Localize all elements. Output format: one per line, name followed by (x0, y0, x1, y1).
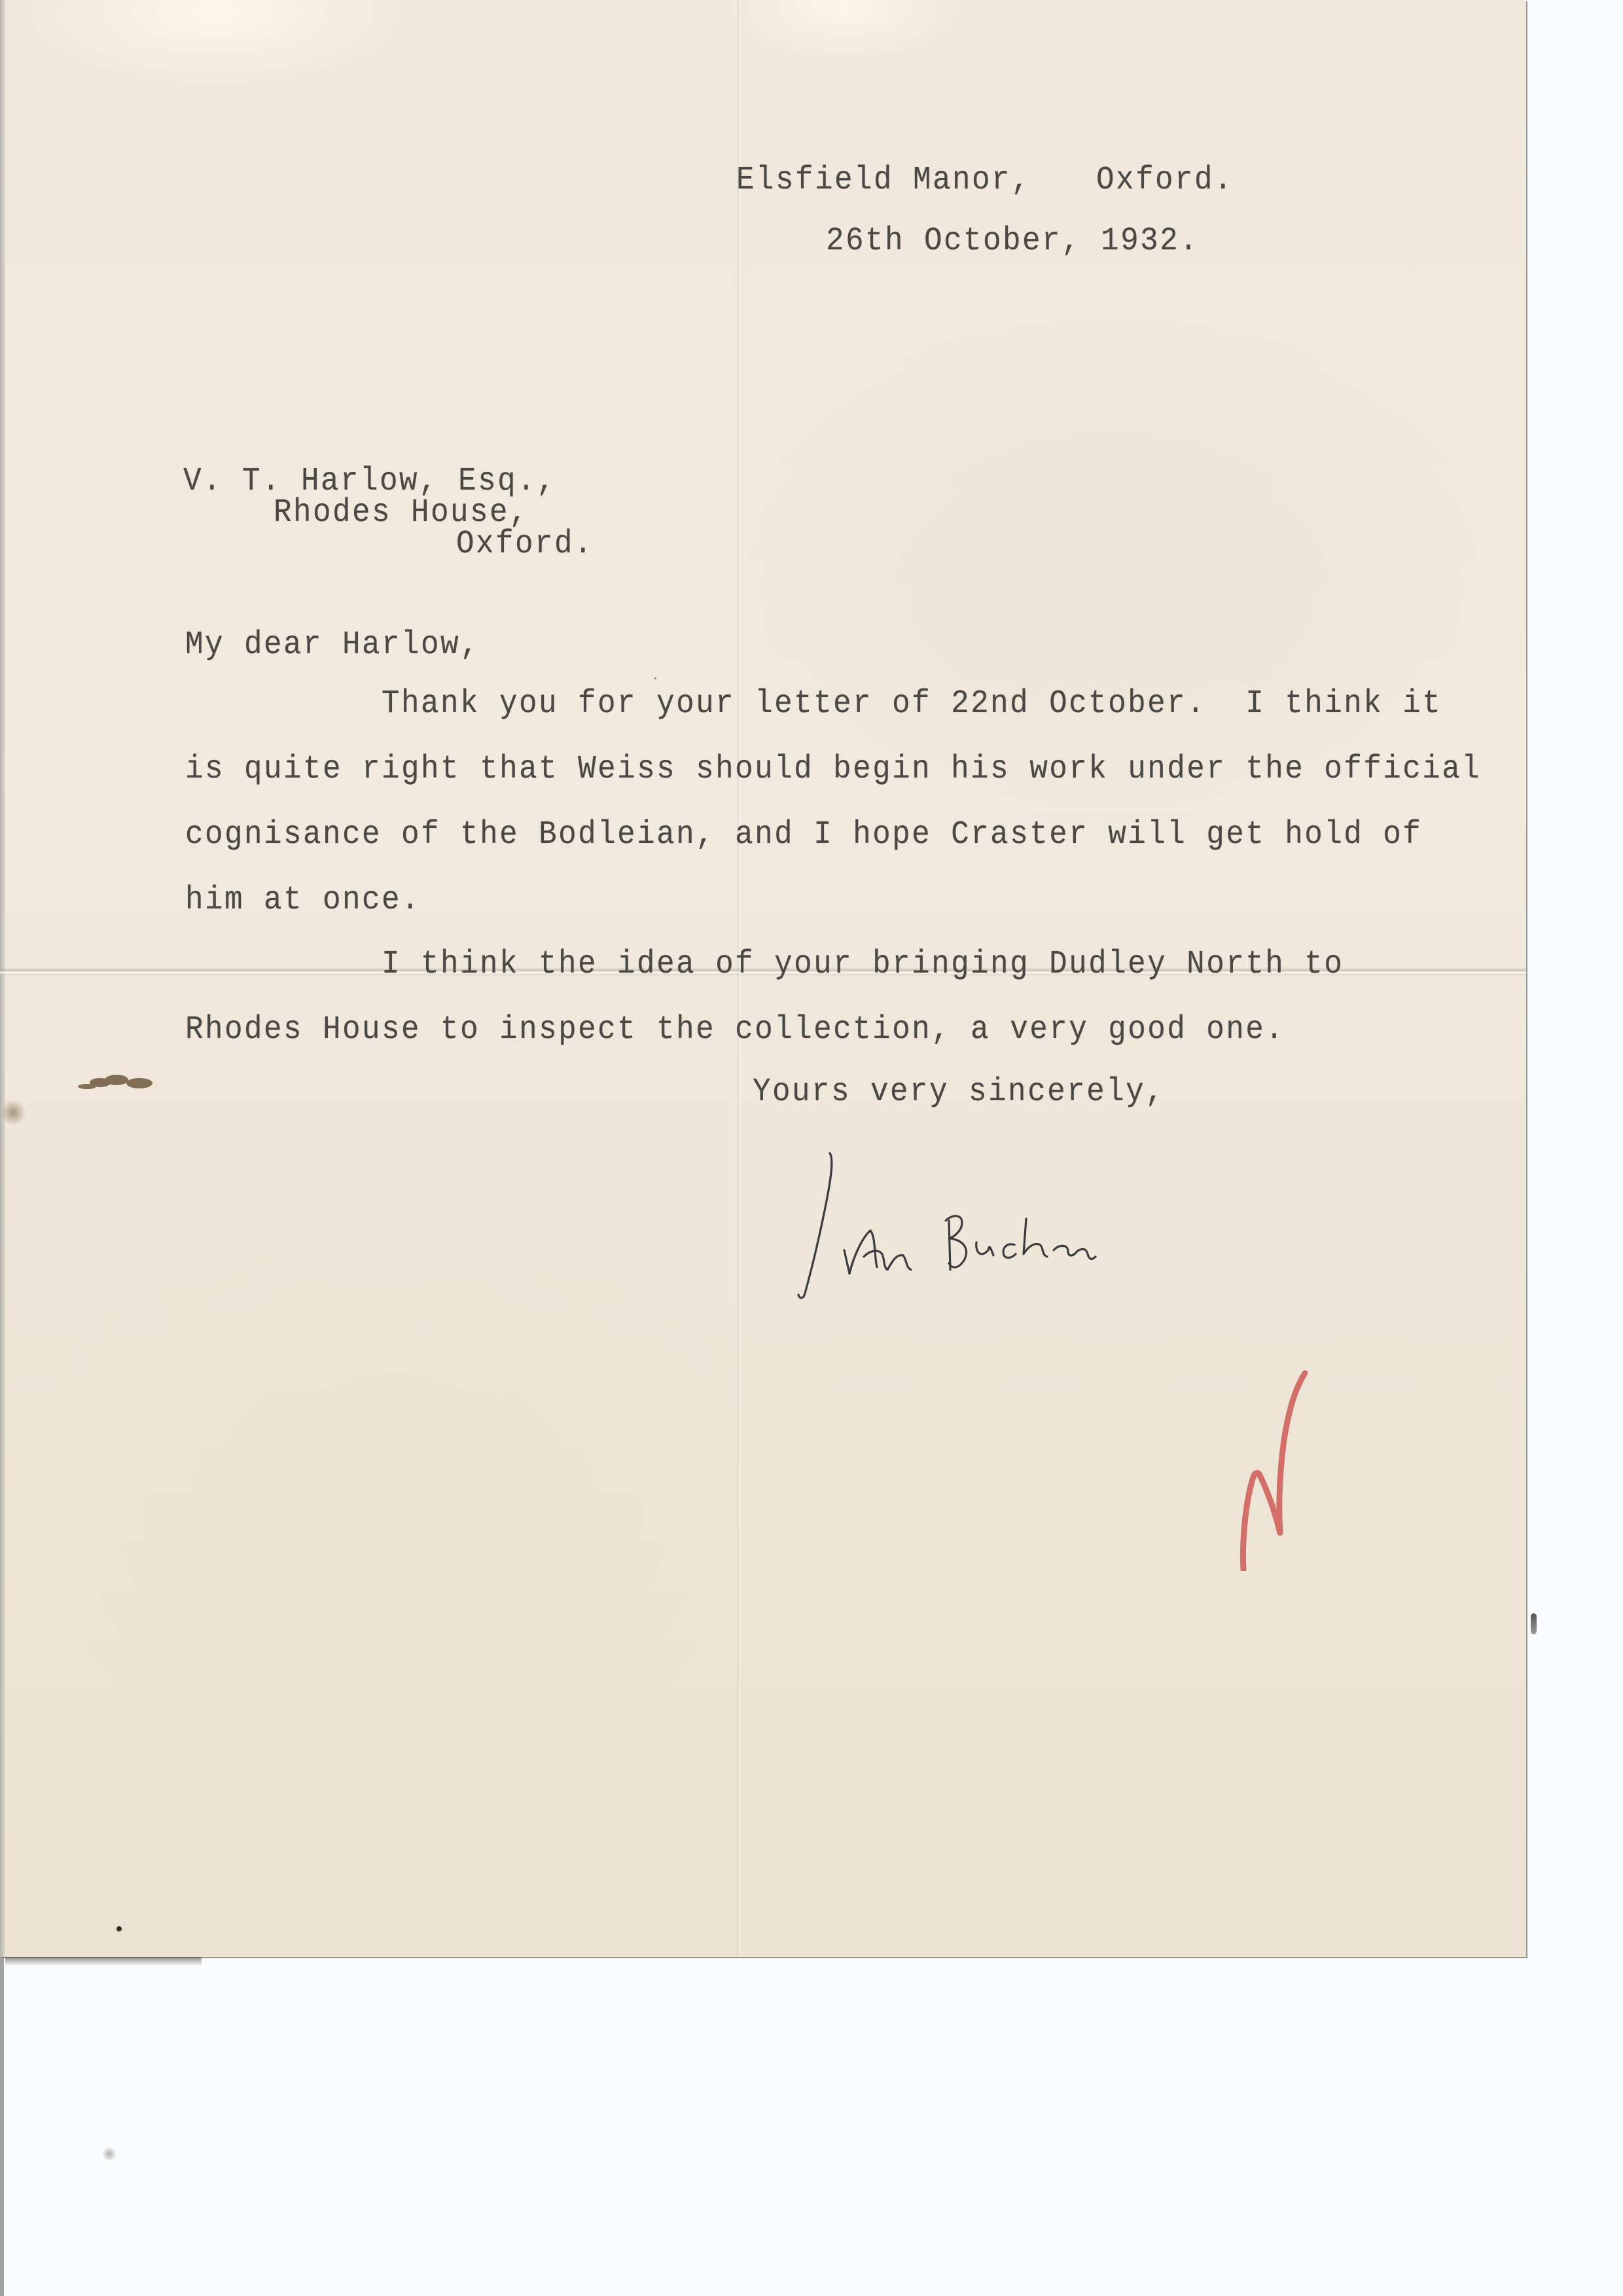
paper-bottom-shadow (5, 1957, 202, 1966)
margin-stain (0, 1100, 26, 1126)
sender-place: Elsfield Manor, (736, 164, 1031, 196)
paper-speck (116, 1926, 122, 1931)
ink-stain (71, 1073, 152, 1092)
paper-speck (654, 677, 656, 679)
recipient-city: Oxford. (456, 528, 594, 560)
red-pencil-annotation-n (1237, 1361, 1315, 1571)
body-line-3: cognisance of the Bodleian, and I hope C… (185, 818, 1422, 851)
letter-paper: Elsfield Manor, Oxford. 26th October, 19… (0, 0, 1526, 1957)
letter-date: 26th October, 1932. (826, 224, 1199, 257)
recipient-institution: Rhodes House, (274, 496, 529, 529)
closing: Yours very sincerely, (753, 1075, 1165, 1108)
body-line-1: Thank you for your letter of 22nd Octobe… (382, 687, 1442, 720)
body-line-5: I think the idea of your bringing Dudley… (382, 948, 1344, 980)
body-line-4: him at once. (185, 884, 421, 916)
salutation: My dear Harlow, (185, 628, 480, 661)
scan-left-border (0, 1957, 4, 2296)
scan-speck (101, 2147, 117, 2161)
recipient-name: V. T. Harlow, Esq., (183, 465, 556, 497)
handwritten-signature (766, 1139, 1237, 1309)
paper-left-edge (0, 0, 5, 1957)
body-line-2: is quite right that Weiss should begin h… (185, 753, 1481, 785)
sender-city: Oxford. (1096, 164, 1234, 196)
body-line-6: Rhodes House to inspect the collection, … (185, 1013, 1285, 1046)
edge-mark (1531, 1613, 1537, 1634)
